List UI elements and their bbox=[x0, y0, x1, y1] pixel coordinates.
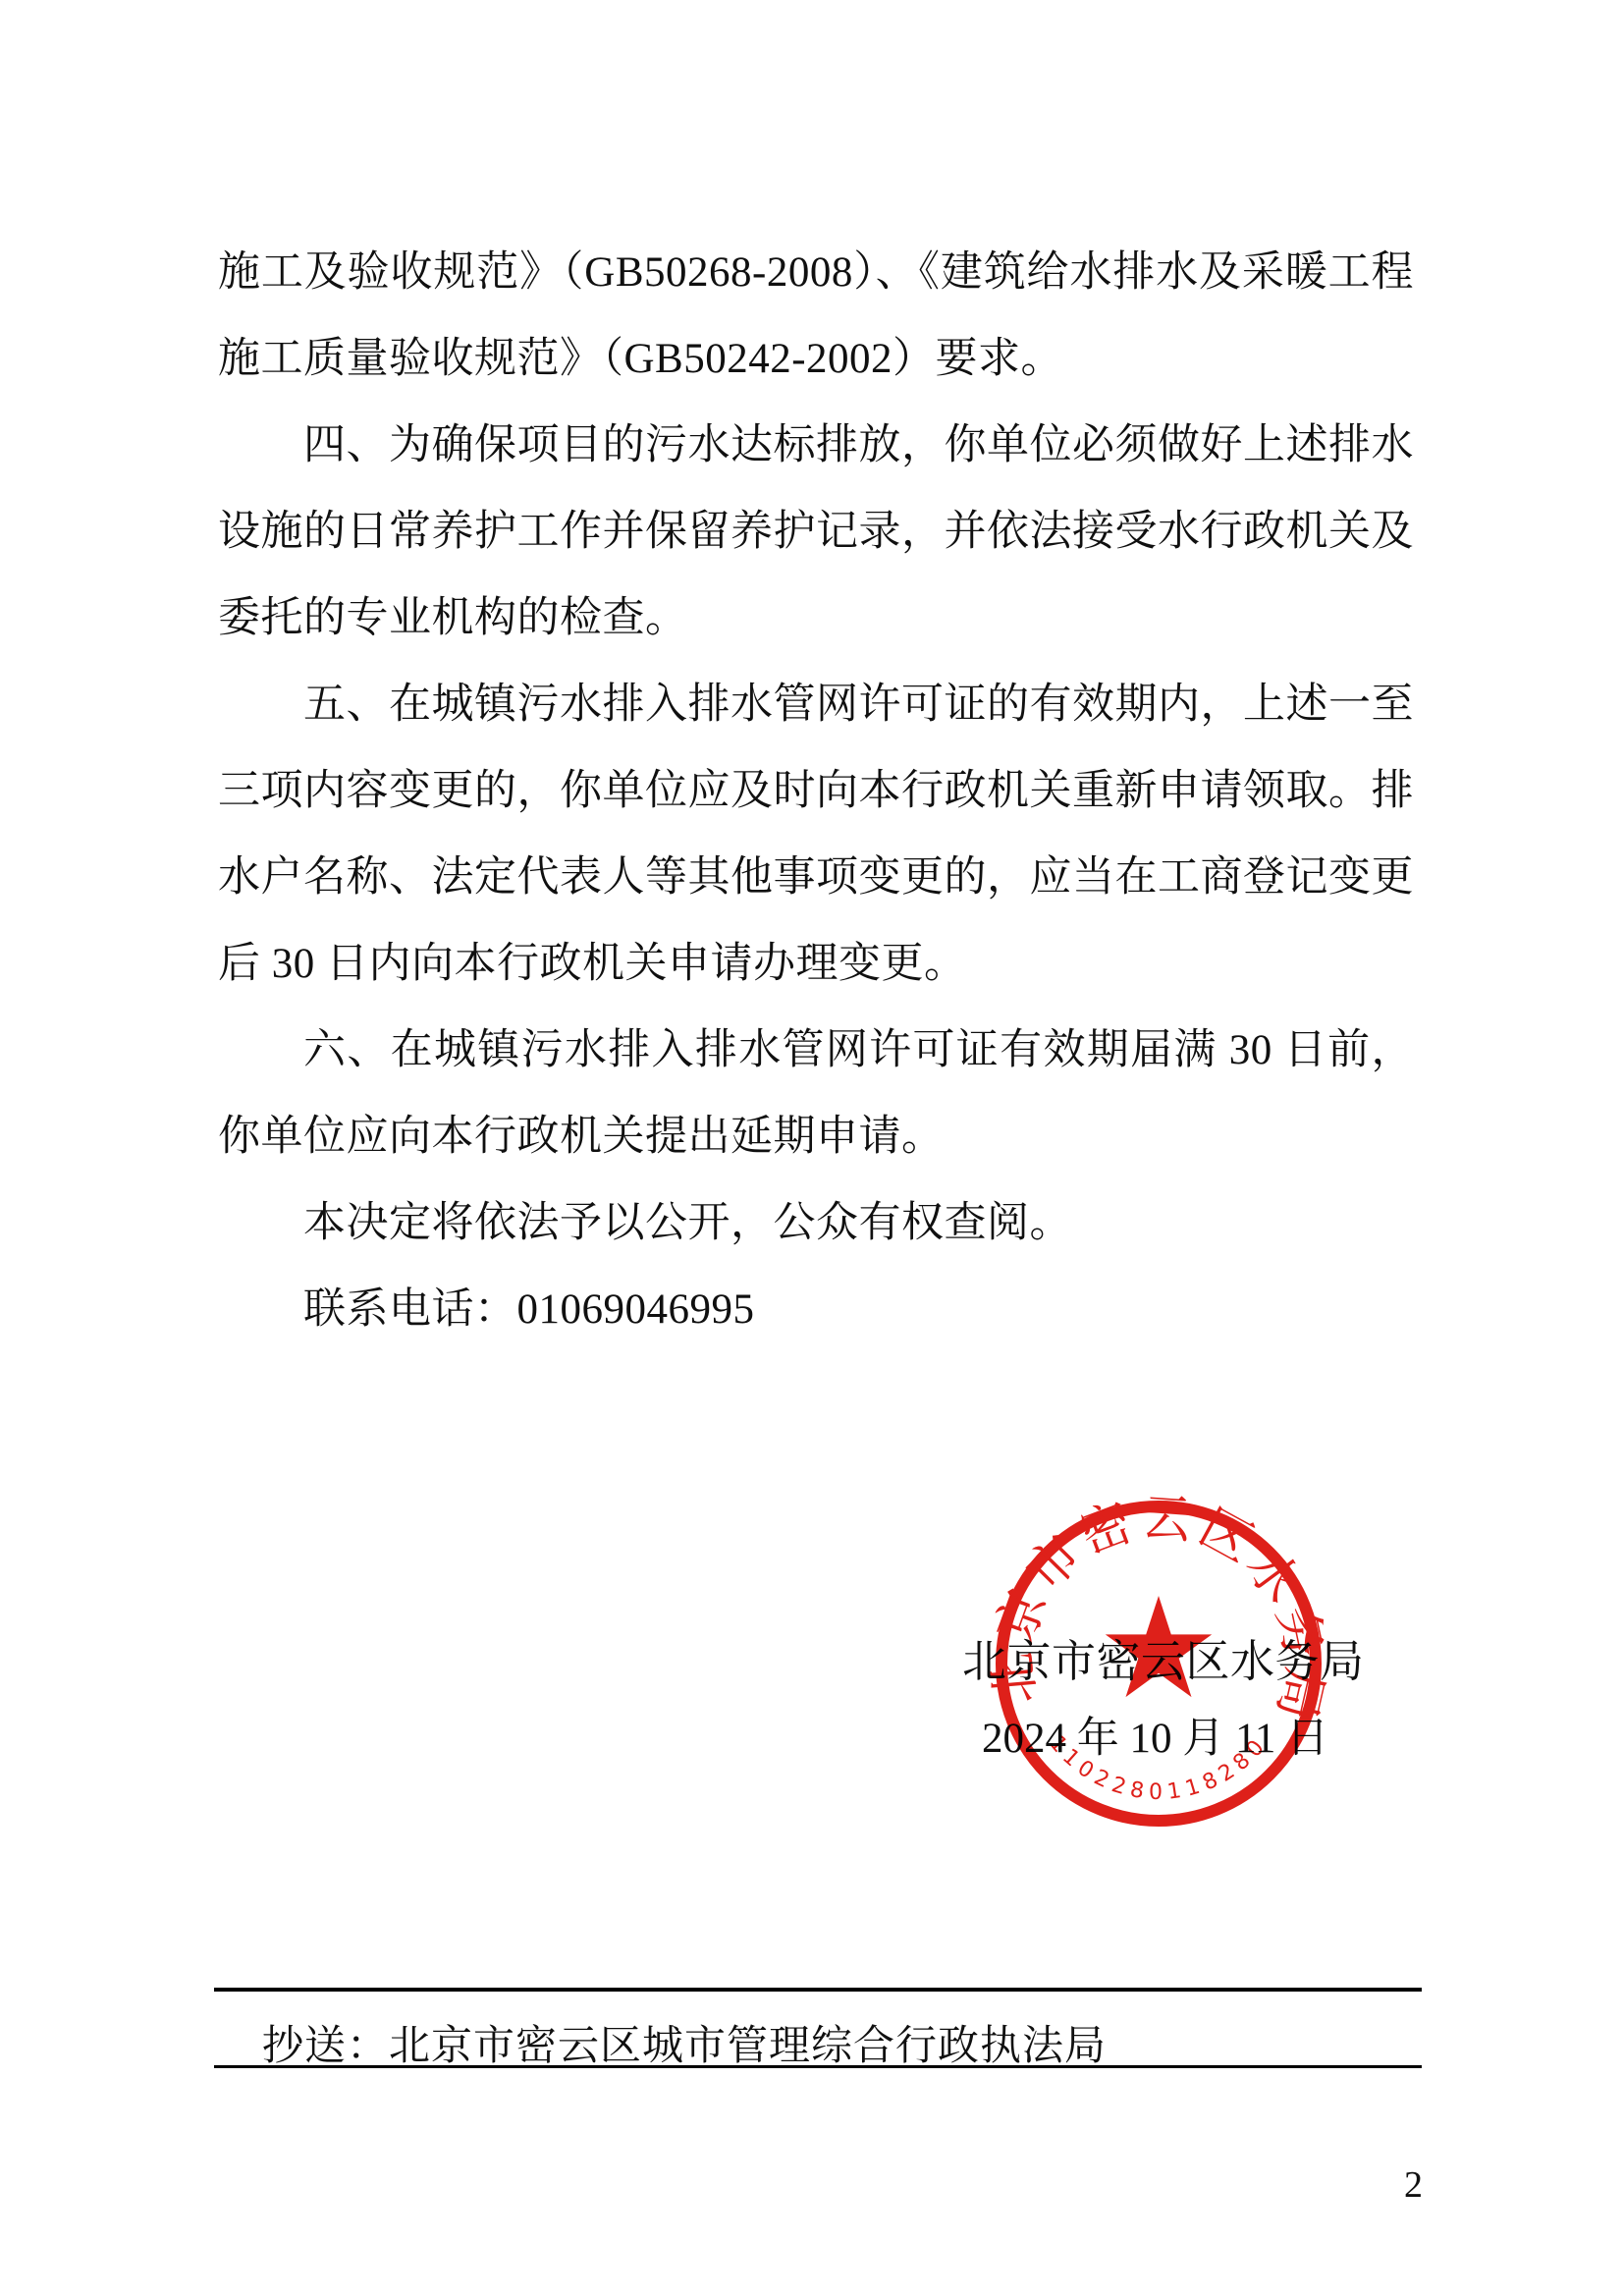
body-line: 四、为确保项目的污水达标排放，你单位必须做好上述排水 bbox=[218, 403, 1414, 489]
footer-rule-bottom bbox=[214, 2065, 1422, 2068]
body-line: 本决定将依法予以公开，公众有权查阅。 bbox=[218, 1180, 1414, 1267]
official-seal: 北京市密云区水务局 1102280118280 bbox=[982, 1487, 1335, 1840]
page-number: 2 bbox=[1404, 2163, 1423, 2207]
cc-line: 抄送：北京市密云区城市管理综合行政执法局 bbox=[262, 2013, 1107, 2072]
body-line: 委托的专业机构的检查。 bbox=[218, 575, 1414, 662]
body-line: 设施的日常养护工作并保留养护记录，并依法接受水行政机关及 bbox=[218, 489, 1414, 575]
body-line: 施工质量验收规范》（GB50242-2002）要求。 bbox=[218, 316, 1414, 403]
body-line: 你单位应向本行政机关提出延期申请。 bbox=[218, 1094, 1414, 1180]
body-line: 水户名称、法定代表人等其他事项变更的，应当在工商登记变更 bbox=[218, 835, 1414, 921]
body-line: 施工及验收规范》（GB50268-2008）、《建筑给水排水及采暖工程 bbox=[218, 230, 1414, 316]
body-line: 三项内容变更的，你单位应及时向本行政机关重新申请领取。排 bbox=[218, 748, 1414, 835]
footer-rule-top bbox=[214, 1988, 1422, 1992]
seal-star-icon bbox=[1106, 1596, 1212, 1697]
body-line: 五、在城镇污水排入排水管网许可证的有效期内，上述一至 bbox=[218, 662, 1414, 748]
body-line: 后 30 日内向本行政机关申请办理变更。 bbox=[218, 921, 1414, 1008]
contact-phone-line: 联系电话：01069046995 bbox=[218, 1267, 1414, 1353]
body-line: 六、在城镇污水排入排水管网许可证有效期届满 30 日前， bbox=[218, 1008, 1414, 1094]
body-text: 施工及验收规范》（GB50268-2008）、《建筑给水排水及采暖工程 施工质量… bbox=[218, 230, 1414, 1353]
document-page: 施工及验收规范》（GB50268-2008）、《建筑给水排水及采暖工程 施工质量… bbox=[0, 0, 1623, 2296]
